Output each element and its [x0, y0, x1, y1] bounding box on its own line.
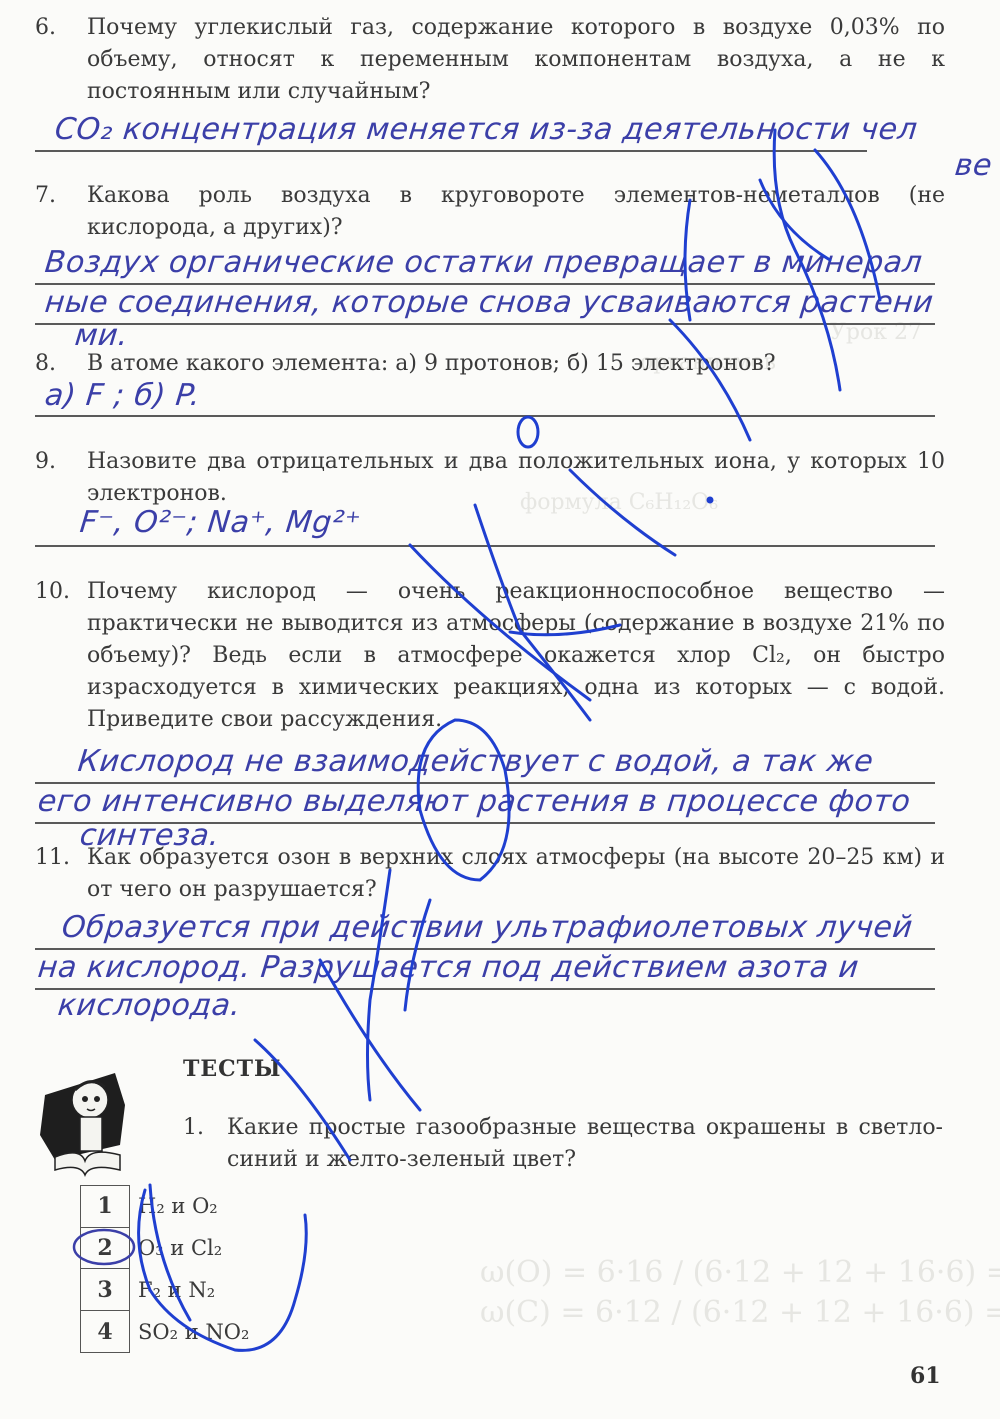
option-label: O₃ и Cl₂ — [138, 1236, 222, 1260]
question-text: Какова роль воздуха в круговороте элемен… — [87, 180, 945, 244]
handwritten-answer: Кислород не взаимодействует с водой, а т… — [76, 744, 875, 779]
option-key: 2 — [80, 1227, 130, 1269]
pen-circle — [518, 417, 538, 447]
section-title: ТЕСТЫ — [183, 1056, 281, 1082]
handwritten-answer: Воздух органические остатки превращает в… — [43, 245, 924, 280]
bleed-through-text: ω(O) = 6·16 / (6·12 + 12 + 16·6) = 0,533 — [480, 1255, 1000, 1290]
answer-line — [35, 545, 935, 547]
question-text: Почему углекислый газ, содержание которо… — [87, 12, 945, 108]
bleed-through-text: ω(C) = 6·12 / (6·12 + 12 + 16·6) = 0,516 — [480, 1295, 1000, 1330]
handwritten-answer: ные соединения, которые снова усваиваютс… — [43, 285, 935, 320]
handwritten-answer: Образуется при действии ультрафиолетовых… — [60, 910, 914, 945]
question-number: 7. — [35, 180, 56, 212]
question-11: 11. Как образуется озон в верхних слоях … — [35, 842, 945, 906]
handwritten-answer: F⁻, O²⁻; Na⁺, Mg²⁺ — [78, 505, 362, 540]
question-number: 10. — [35, 576, 70, 608]
question-text: Почему кислород — очень реакционноспособ… — [87, 576, 945, 736]
question-number: 9. — [35, 446, 56, 478]
option-key: 3 — [80, 1269, 130, 1311]
option-3[interactable]: 3 F₂ и N₂ — [80, 1269, 249, 1311]
question-8: 8. В атоме какого элемента: а) 9 протоно… — [35, 348, 945, 380]
option-label: SO₂ и NO₂ — [138, 1320, 249, 1344]
test-question-1: 1. Какие простые газообразные вещества о… — [183, 1112, 943, 1176]
question-10: 10. Почему кислород — очень реакционносп… — [35, 576, 945, 736]
handwritten-answer: его интенсивно выделяют растения в проце… — [36, 784, 912, 819]
option-4[interactable]: 4 SO₂ и NO₂ — [80, 1311, 249, 1353]
option-key: 4 — [80, 1311, 130, 1353]
option-1[interactable]: 1 H₂ и O₂ — [80, 1185, 249, 1227]
handwritten-answer: CO₂ концентрация меняется из-за деятельн… — [53, 112, 919, 147]
option-label: F₂ и N₂ — [138, 1278, 215, 1302]
handwritten-answer: кислорода. — [56, 988, 242, 1023]
question-number: 11. — [35, 842, 70, 874]
pen-stroke — [670, 320, 750, 440]
test-question-text: Какие простые газообразные вещества окра… — [227, 1112, 943, 1176]
student-reading-illustration — [35, 1065, 130, 1183]
handwritten-answer: а) F ; б) P. — [43, 378, 202, 413]
answer-line — [35, 415, 935, 417]
question-7: 7. Какова роль воздуха в круговороте эле… — [35, 180, 945, 244]
page-number: 61 — [910, 1363, 941, 1389]
answer-line — [35, 150, 867, 152]
question-text: В атоме какого элемента: а) 9 протонов; … — [87, 348, 945, 380]
handwritten-answer: ве — [953, 148, 994, 183]
option-2[interactable]: 2 O₃ и Cl₂ — [80, 1227, 249, 1269]
question-9: 9. Назовите два отрицательных и два поло… — [35, 446, 945, 510]
answer-options: 1 H₂ и O₂ 2 O₃ и Cl₂ 3 F₂ и N₂ 4 SO₂ и N… — [80, 1185, 249, 1353]
test-question-number: 1. — [183, 1112, 204, 1144]
question-text: Как образуется озон в верхних слоях атмо… — [87, 842, 945, 906]
question-text: Назовите два отрицательных и два положит… — [87, 446, 945, 510]
question-6: 6. Почему углекислый газ, содержание кот… — [35, 12, 945, 108]
answer-line — [35, 323, 935, 325]
option-key: 1 — [80, 1185, 130, 1228]
question-number: 8. — [35, 348, 56, 380]
handwritten-answer: на кислород. Разрушается под действием а… — [36, 950, 860, 985]
option-label: H₂ и O₂ — [138, 1194, 218, 1218]
question-number: 6. — [35, 12, 56, 44]
